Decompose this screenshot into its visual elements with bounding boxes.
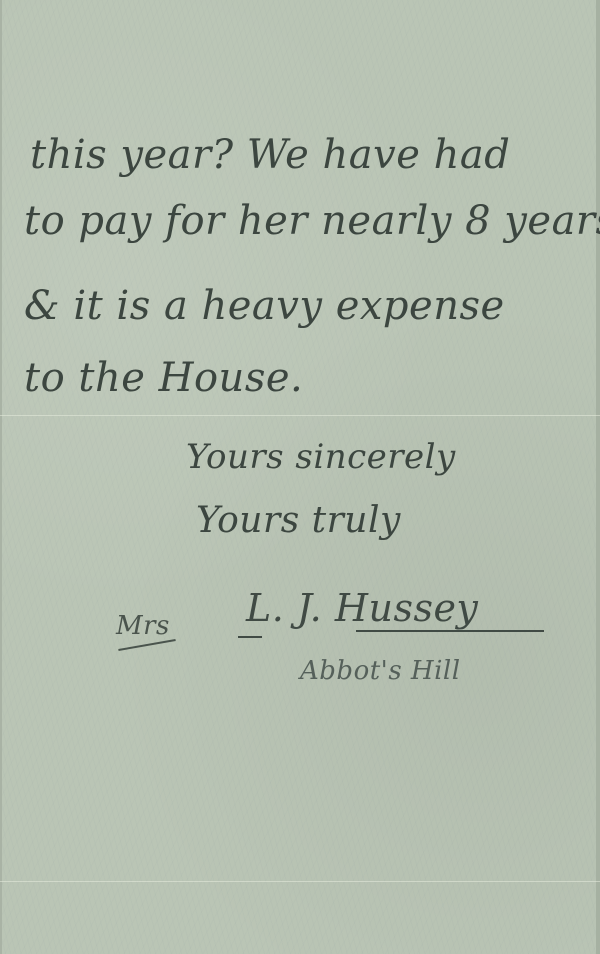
signature-dash: [238, 636, 262, 638]
letter-body-line: to pay for her nearly 8 years: [24, 198, 600, 244]
letter-body-line: this year? We have had: [30, 132, 510, 178]
paper-fold-line: [0, 881, 600, 882]
paper-fold-line: [0, 415, 600, 416]
signature-underline: [356, 630, 544, 632]
letter-body-line: to the House.: [24, 355, 303, 401]
signature-address: Abbot's Hill: [300, 656, 461, 686]
letter-closing: Yours sincerely: [186, 437, 456, 477]
letter-body-line: & it is a heavy expense: [24, 283, 505, 329]
page-edge-right: [596, 0, 600, 954]
letter-closing-valediction: Yours truly: [196, 500, 401, 541]
letter-page: this year? We have had to pay for her ne…: [0, 0, 600, 954]
signature-title-prefix: Mrs: [116, 611, 170, 641]
signature-name: L. J. Hussey: [246, 586, 478, 630]
page-edge-left: [0, 0, 2, 954]
